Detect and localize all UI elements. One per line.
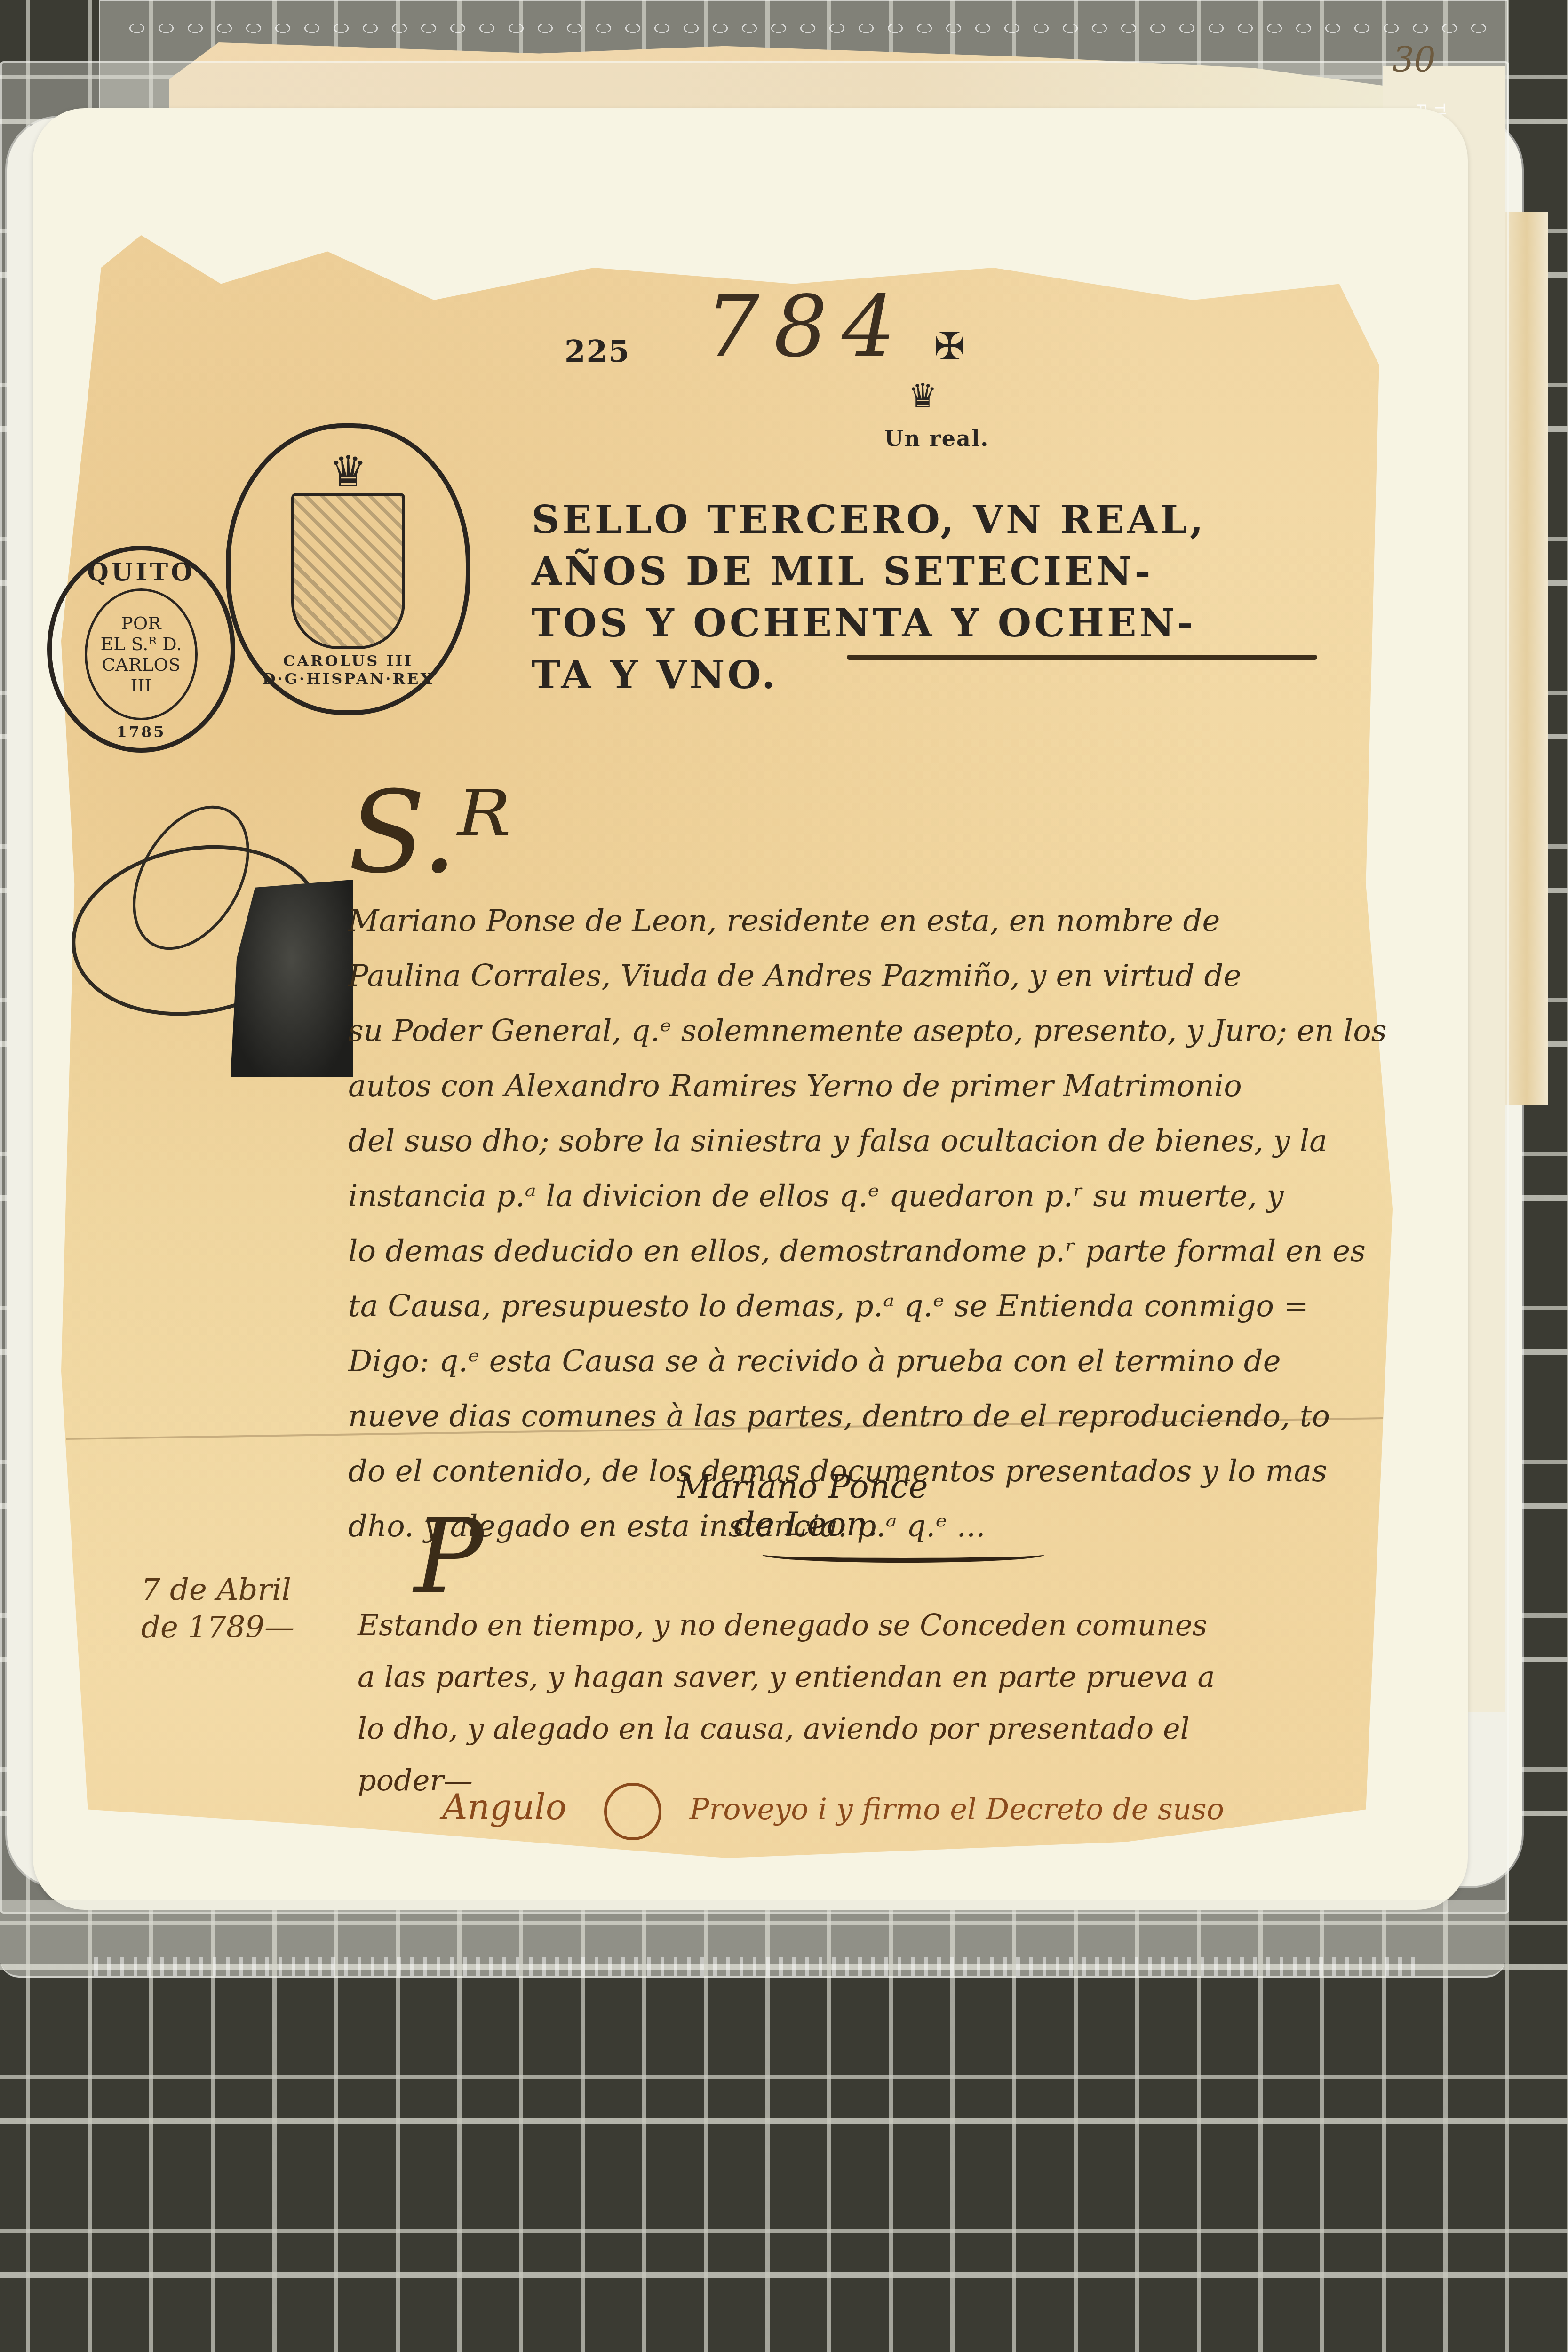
text-line: a las partes, y hagan saver, y entiendan…: [358, 1651, 1369, 1703]
text-line: nueve dias comunes à las partes, dentro …: [348, 1389, 1388, 1444]
text-line: instancia p.ᵃ la divicion de ellos q.ᵉ q…: [348, 1169, 1388, 1224]
salutation-initial: S.ᴿ: [348, 767, 511, 898]
seal-year: 1785: [116, 723, 166, 741]
signer-name: Angulo: [442, 1787, 566, 1828]
text-line: ta Causa, presupuesto lo demas, p.ᵃ q.ᵉ …: [348, 1279, 1388, 1334]
text-line: autos con Alexandro Ramires Yerno de pri…: [348, 1059, 1388, 1114]
seal-legend: CAROLUS III D·G·HISPAN·REX: [231, 652, 466, 688]
crown-icon: ♛: [908, 376, 938, 415]
sleeve-perforation: [122, 19, 1487, 38]
crown-icon: ♛: [329, 451, 367, 493]
coat-of-arms-icon: [291, 493, 405, 649]
decree-initial: P: [414, 1496, 484, 1616]
sleeve-perforation: [94, 1957, 1425, 1976]
seal-inner-line: EL S.ᴿ D.: [100, 634, 182, 654]
sello-line: SELLO TERCERO, VN REAL,: [532, 494, 1206, 546]
text-line: Estando en tiempo, y no denegado se Conc…: [358, 1599, 1369, 1651]
decree-text: Estando en tiempo, y no denegado se Conc…: [358, 1599, 1369, 1806]
margin-note-line: de 1789—: [141, 1609, 294, 1646]
text-line: su Poder General, q.ᵉ solemnemente asept…: [348, 1004, 1388, 1059]
signature-line: Mariano Ponce: [677, 1468, 1044, 1505]
paper-strip: [1505, 212, 1548, 1105]
petitioner-signature: Mariano Ponce de Leon.: [677, 1468, 1044, 1563]
signature-rubric-icon: [604, 1783, 661, 1840]
quito-seal: QUITO POR EL S.ᴿ D. CARLOS III 1785: [47, 546, 235, 753]
text-line: Digo: q.ᵉ esta Causa se à recivido à pru…: [348, 1334, 1388, 1389]
margin-date-note: 7 de Abril de 1789—: [141, 1571, 294, 1646]
sello-heading: SELLO TERCERO, VN REAL, AÑOS DE MIL SETE…: [532, 494, 1206, 701]
seal-inner-line: CARLOS: [102, 654, 181, 675]
seal-inner-ring: POR EL S.ᴿ D. CARLOS III: [85, 588, 198, 720]
folio-number: 225: [565, 334, 630, 369]
cross-icon: ✠: [934, 325, 965, 368]
royal-seal: ♛ CAROLUS III D·G·HISPAN·REX: [226, 423, 470, 715]
text-line: Paulina Corrales, Viuda de Andres Pazmiñ…: [348, 949, 1388, 1004]
petition-text: Mariano Ponse de Leon, residente en esta…: [348, 894, 1388, 1554]
text-line: Mariano Ponse de Leon, residente en esta…: [348, 894, 1388, 949]
text-line: lo demas deducido en ellos, demostrandom…: [348, 1224, 1388, 1279]
archive-page-number: 30: [1393, 40, 1436, 79]
text-line: del suso dho; sobre la siniestra y falsa…: [348, 1114, 1388, 1169]
text-line: lo dho, y alegado en la causa, aviendo p…: [358, 1703, 1369, 1755]
signature-rubric-icon: [762, 1547, 1044, 1563]
closing-text: Proveyo i y firmo el Decreto de suso: [690, 1792, 1224, 1826]
handwritten-number: 784: [706, 278, 910, 376]
margin-note-line: 7 de Abril: [141, 1571, 294, 1609]
signature-line: de Leon.: [734, 1505, 1044, 1543]
sello-rule-line: [847, 655, 1317, 660]
denomination-label: Un real.: [884, 426, 989, 451]
decree-closing: Angulo Proveyo i y firmo el Decreto de s…: [442, 1783, 1224, 1840]
sello-line: TOS Y OCHENTA Y OCHEN-: [532, 597, 1206, 649]
sello-line: AÑOS DE MIL SETECIEN-: [532, 546, 1206, 597]
seal-inner-line: III: [130, 675, 151, 696]
seal-top-text: QUITO: [88, 558, 195, 587]
seal-inner-line: POR: [121, 613, 161, 634]
